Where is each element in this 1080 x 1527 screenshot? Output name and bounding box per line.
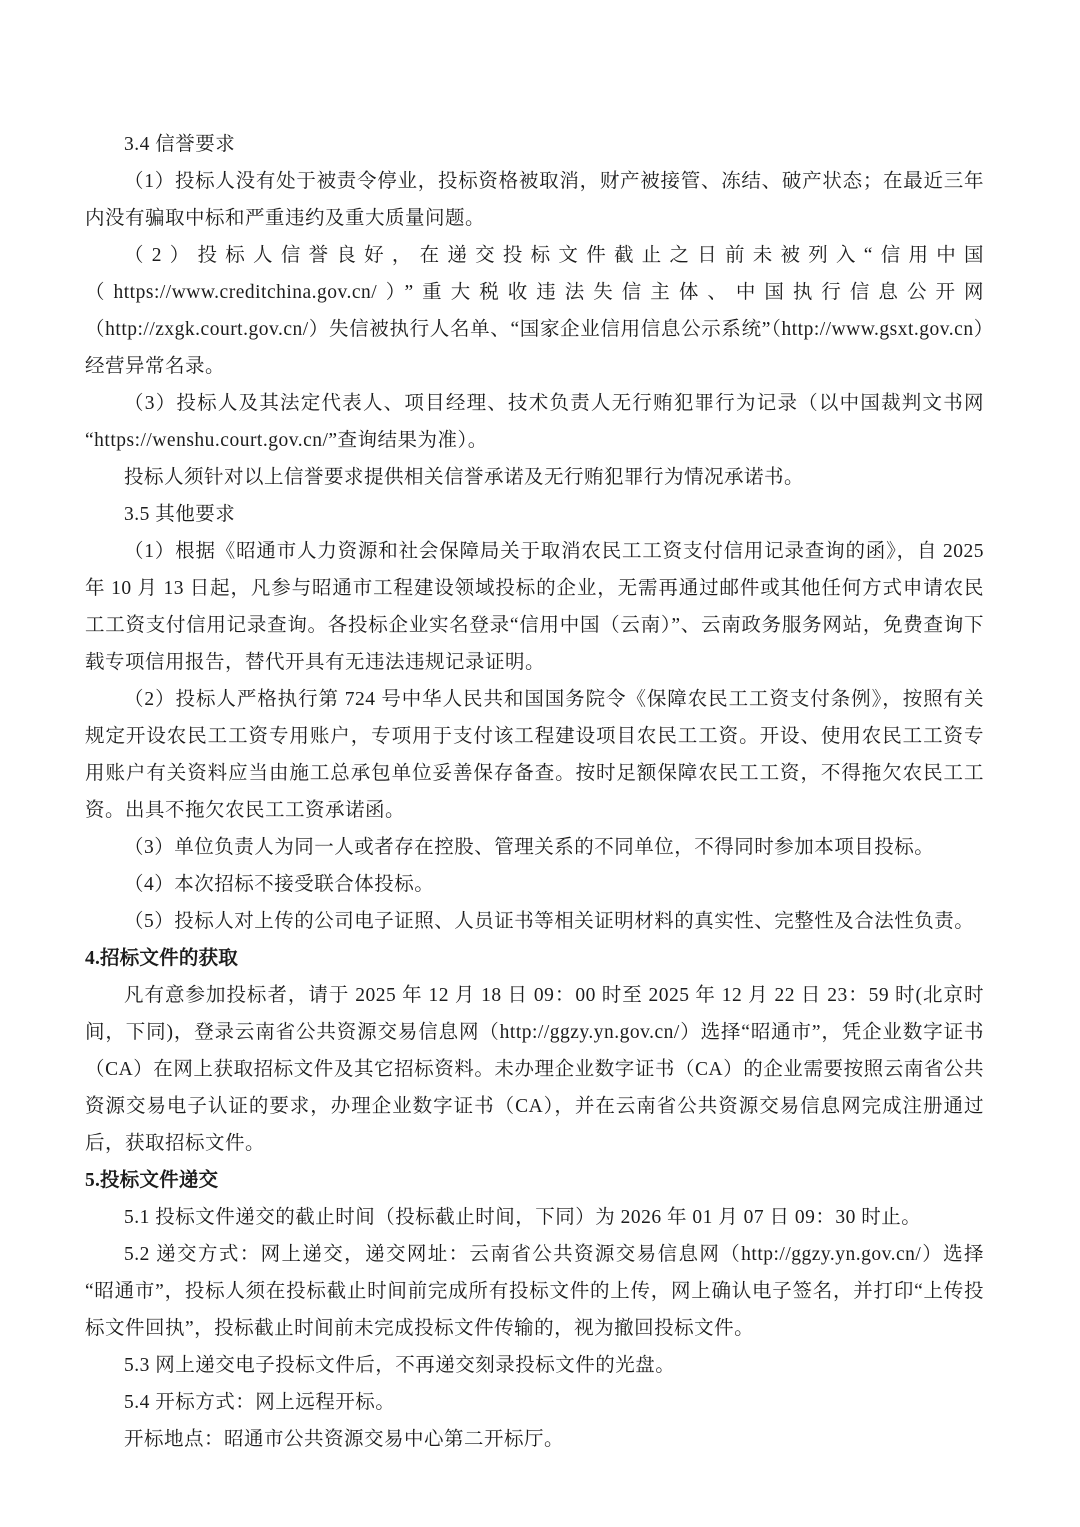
other-item-2: （2）投标人严格执行第 724 号中华人民共和国国务院令《保障农民工工资支付条例… — [85, 681, 984, 829]
document-page: 3.4 信誉要求 （1）投标人没有处于被责令停业，投标资格被取消，财产被接管、冻… — [0, 0, 1080, 1527]
credit-item-3: （3）投标人及其法定代表人、项目经理、技术负责人无行贿犯罪行为记录（以中国裁判文… — [85, 385, 984, 459]
credit-item-1: （1）投标人没有处于被责令停业，投标资格被取消，财产被接管、冻结、破产状态；在最… — [85, 163, 984, 237]
section-4-heading: 4.招标文件的获取 — [85, 940, 984, 977]
section-3-4-heading: 3.4 信誉要求 — [85, 126, 984, 163]
other-item-4: （4）本次招标不接受联合体投标。 — [85, 866, 984, 903]
credit-commitment-note: 投标人须针对以上信誉要求提供相关信誉承诺及无行贿犯罪行为情况承诺书。 — [85, 459, 984, 496]
section-5-heading: 5.投标文件递交 — [85, 1162, 984, 1199]
submission-5-4: 5.4 开标方式：网上远程开标。 — [85, 1384, 984, 1421]
other-item-5: （5）投标人对上传的公司电子证照、人员证书等相关证明材料的真实性、完整性及合法性… — [85, 903, 984, 940]
submission-5-1: 5.1 投标文件递交的截止时间（投标截止时间，下同）为 2026 年 01 月 … — [85, 1199, 984, 1236]
obtain-documents-para: 凡有意参加投标者，请于 2025 年 12 月 18 日 09：00 时至 20… — [85, 977, 984, 1162]
submission-5-3: 5.3 网上递交电子投标文件后，不再递交刻录投标文件的光盘。 — [85, 1347, 984, 1384]
bid-opening-location: 开标地点：昭通市公共资源交易中心第二开标厅。 — [85, 1421, 984, 1458]
submission-5-2: 5.2 递交方式：网上递交，递交网址：云南省公共资源交易信息网（http://g… — [85, 1236, 984, 1347]
section-3-5-heading: 3.5 其他要求 — [85, 496, 984, 533]
other-item-3: （3）单位负责人为同一人或者存在控股、管理关系的不同单位，不得同时参加本项目投标… — [85, 829, 984, 866]
document-body: 3.4 信誉要求 （1）投标人没有处于被责令停业，投标资格被取消，财产被接管、冻… — [85, 126, 984, 1458]
credit-item-2: （2）投标人信誉良好，在递交投标文件截止之日前未被列入“信用中国（https:/… — [85, 237, 984, 385]
other-item-1: （1）根据《昭通市人力资源和社会保障局关于取消农民工工资支付信用记录查询的函》，… — [85, 533, 984, 681]
